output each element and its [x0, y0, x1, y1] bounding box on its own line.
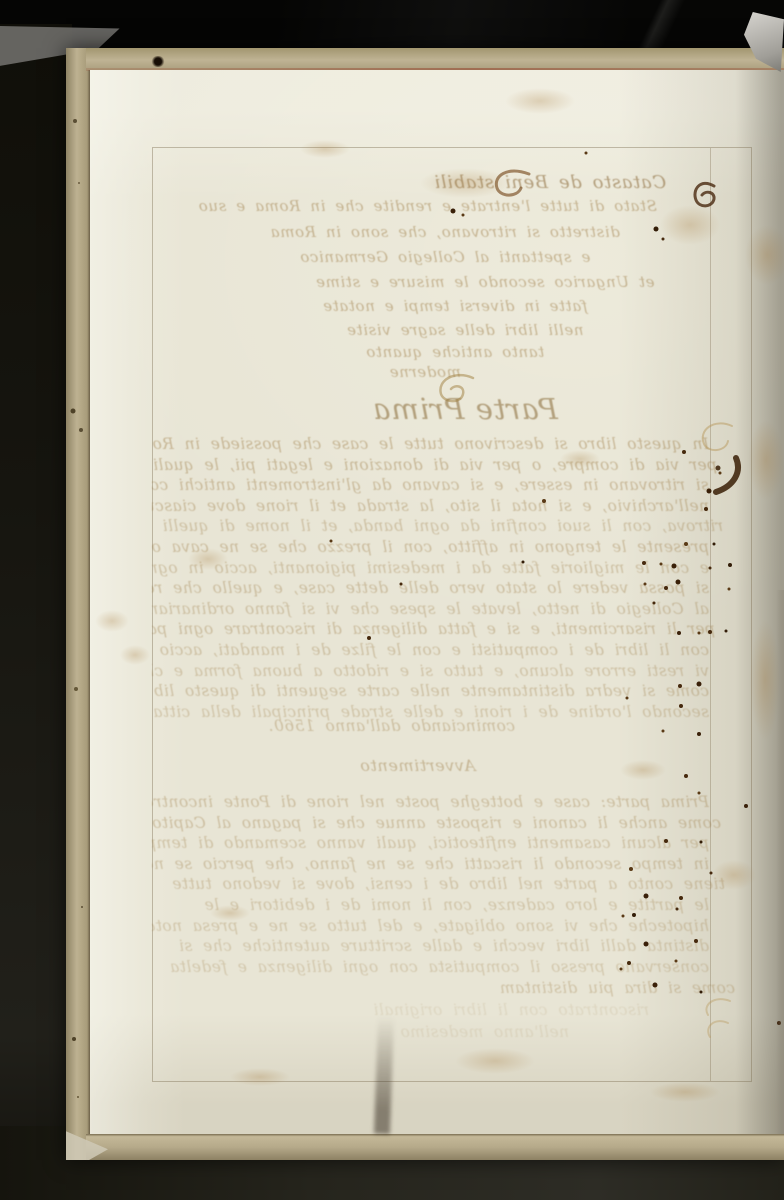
ghost-paragraph-1: In questo libro si descrivono tutte le c…: [152, 434, 709, 722]
foxing-stain: [455, 1048, 535, 1074]
ink-speck-on-cover: [151, 56, 165, 67]
cover-left-edge: [66, 48, 90, 1160]
ghost-text-line: vi resti errore alcuno, e tutto si e rid…: [152, 661, 709, 682]
ghost-text-line: tiene conto a parte nel libro de i censi…: [152, 874, 725, 895]
ghost-curl-mark: [696, 418, 736, 456]
foxing-stain: [650, 1082, 720, 1102]
ghost-title-line: fatte in diversi tempi e notate: [290, 296, 620, 317]
foxing-stain: [120, 645, 150, 665]
ghost-text-line: Prima parte: case e botteghe poste nel r…: [152, 792, 709, 813]
ghost-text-line: in tempo secondo li riscatti che se ne f…: [152, 854, 709, 875]
ghost-text-line-last: cominciando dall'anno 1560.: [255, 716, 515, 737]
ghost-text-line: come si vedra distintamente nelle carte …: [152, 681, 709, 702]
ghost-title-line: et Ungarico secondo le misure e stime: [270, 272, 700, 293]
backdrop-left: [0, 24, 72, 1200]
foxing-stain: [712, 860, 756, 890]
ghost-title-line: Stato di tutte l'entrate e rendite che i…: [165, 196, 690, 217]
ghost-title-line: e spettanti al Collegio Germanico: [250, 247, 640, 268]
foxing-stain: [620, 760, 666, 780]
ghost-text-line: come anche li canoni e risposte annue ch…: [152, 813, 721, 834]
manuscript-photo: Catasto de Beni stabili Stato di tutte l…: [0, 0, 784, 1200]
ghost-text-line: si ritrovano in essere, e si cavano da g…: [152, 475, 709, 496]
vellum-bound-volume: Catasto de Beni stabili Stato di tutte l…: [66, 48, 784, 1160]
cover-bottom-edge: [86, 1134, 784, 1160]
ghost-faded-line: nell'anno medesimo: [369, 1022, 569, 1043]
ghost-text-line: In questo libro si descrivono tutte le c…: [152, 434, 709, 455]
ghost-text-line: presente le tengono in affitto, con il p…: [152, 537, 709, 558]
foxing-stain: [560, 450, 600, 468]
ghost-text-line: e con le migliorie fatte da i medesimi p…: [152, 558, 709, 579]
ghost-faded-line: riscontrato con li libri originali: [319, 1000, 649, 1021]
foxing-stain: [420, 168, 510, 198]
ghost-text-line: con li libri de i computisti e con le fi…: [152, 640, 709, 661]
ink-comma-blot: [708, 454, 742, 496]
foxing-stain: [230, 1068, 290, 1086]
ghost-text-line: distinta dalli libri vecchi e dalle scri…: [152, 936, 709, 957]
ghost-title-line: distretto si ritrovano, che sono in Roma: [230, 222, 660, 243]
foxing-stain: [745, 225, 784, 285]
foxing-stain: [95, 610, 129, 632]
ghost-text-line: conservano presso il computista con ogni…: [152, 957, 709, 978]
ghost-title-line: nelli libri delle sagre visite: [300, 320, 630, 341]
heading-flourish-spiral: [433, 370, 477, 406]
ink-spatter-dots: [90, 70, 92, 72]
foxing-stain: [505, 88, 575, 114]
fore-edge-shadow: [776, 590, 784, 1134]
ghost-text-line: per li risarcimenti, e si e fatta dilige…: [152, 619, 715, 640]
ghost-text-line: per alcuni casamenti enfiteotici, quali …: [152, 833, 709, 854]
ruled-column-line: [710, 148, 711, 1081]
foxing-stain: [748, 420, 784, 500]
cover-speckles: [66, 48, 68, 50]
ghost-curl-mark: [700, 995, 734, 1041]
bottom-crease-smudge: [374, 1016, 394, 1134]
ghost-text-line: al Collegio di netto, levate le spese ch…: [152, 599, 709, 620]
ghost-title-line: tanto antiche quanto: [350, 342, 560, 363]
showthrough-mirrored-text: Catasto de Beni stabili Stato di tutte l…: [152, 147, 709, 1087]
foxing-stain: [300, 140, 350, 158]
foxing-stain: [660, 205, 720, 245]
foxing-stain: [210, 905, 250, 921]
ghost-text-line: ritrova, con li suoi confini da ogni ban…: [152, 516, 723, 537]
blank-recto-page: Catasto de Beni stabili Stato di tutte l…: [90, 70, 784, 1134]
foxing-stain: [188, 548, 228, 570]
ghost-text-line: nell'archivio, e si nota il sito, la str…: [152, 496, 709, 517]
ghost-paragraph-2: Prima parte: case e botteghe poste nel r…: [152, 792, 709, 977]
ghost-text-line: per via di compre, o per via di donazion…: [152, 455, 717, 476]
ghost-section-heading: Avvertimento: [330, 755, 505, 776]
cover-top-edge: [86, 48, 784, 70]
ghost-text-line: si possa vedere lo stato vero delle dett…: [152, 578, 709, 599]
